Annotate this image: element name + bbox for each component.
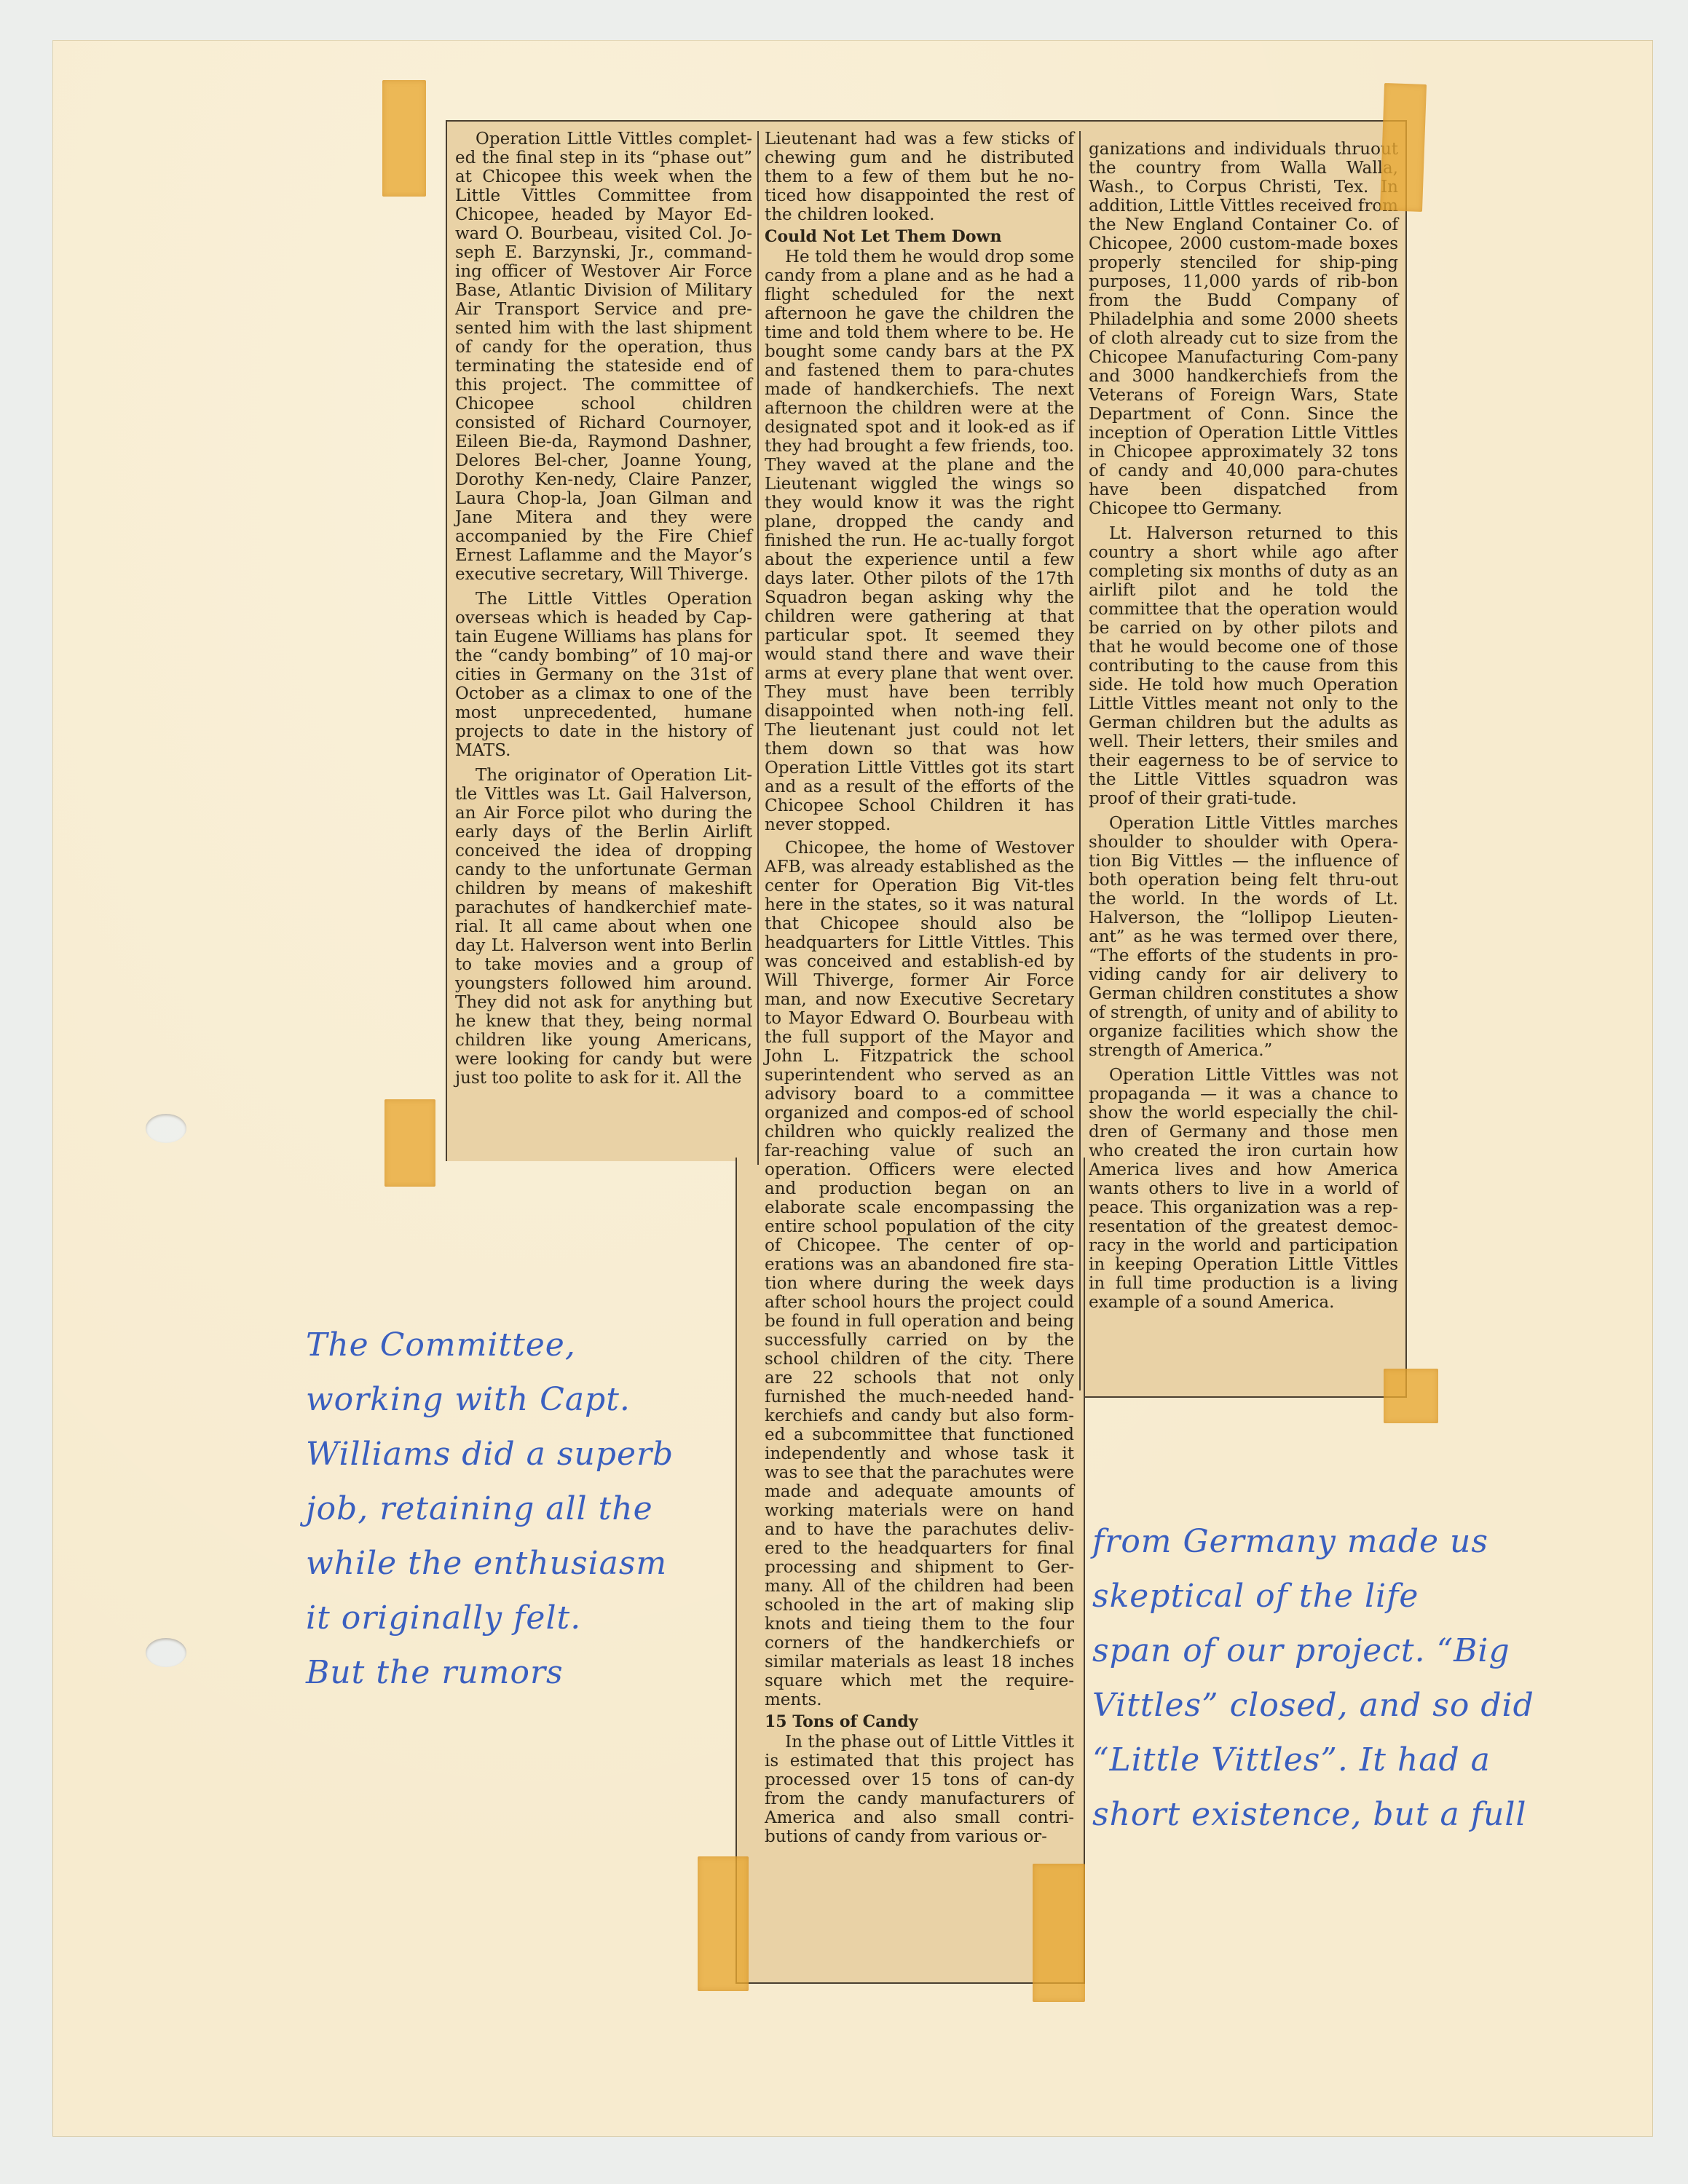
tape-top-right [1380, 83, 1427, 212]
article-subhead: Could Not Let Them Down [765, 227, 1074, 246]
article-paragraph: He told them he would drop some candy fr… [765, 248, 1074, 834]
article-paragraph: Chicopee, the home of Westover AFB, was … [765, 839, 1074, 1709]
tape-middle-left [384, 1099, 435, 1187]
binder-hole-lower [146, 1638, 186, 1667]
article-paragraph: ganizations and individuals thruout the … [1089, 140, 1398, 518]
tape-top-left [382, 80, 426, 197]
tape-bottom-left [698, 1856, 749, 1991]
article-subhead: 15 Tons of Candy [765, 1712, 1074, 1731]
article-paragraph: The originator of Operation Lit-tle Vitt… [455, 766, 752, 1088]
tape-right-lower [1384, 1369, 1438, 1423]
article-column-3: ganizations and individuals thruout the … [1089, 140, 1398, 1312]
article-paragraph: Operation Little Vittles complet-ed the … [455, 130, 752, 584]
handwritten-note-left: The Committee, working with Capt. Willia… [306, 1318, 743, 1700]
article-column-2: Lieutenant had was a few sticks of chewi… [765, 130, 1074, 1846]
article-paragraph: Operation Little Vittles marches shoulde… [1089, 814, 1398, 1060]
column-rule-1 [757, 131, 759, 1165]
article-paragraph: In the phase out of Little Vittles it is… [765, 1733, 1074, 1846]
article-paragraph: Lieutenant had was a few sticks of chewi… [765, 130, 1074, 224]
article-column-1: Operation Little Vittles complet-ed the … [455, 130, 752, 1088]
binder-hole-upper [146, 1114, 186, 1143]
article-paragraph: Operation Little Vittles was not propaga… [1089, 1066, 1398, 1312]
handwritten-note-right: from Germany made us skeptical of the li… [1092, 1514, 1602, 1842]
tape-bottom-right [1033, 1864, 1085, 2002]
article-paragraph: Lt. Halverson returned to this country a… [1089, 524, 1398, 808]
column-rule-2 [1079, 131, 1081, 1390]
article-paragraph: The Little Vittles Operation overseas wh… [455, 590, 752, 760]
